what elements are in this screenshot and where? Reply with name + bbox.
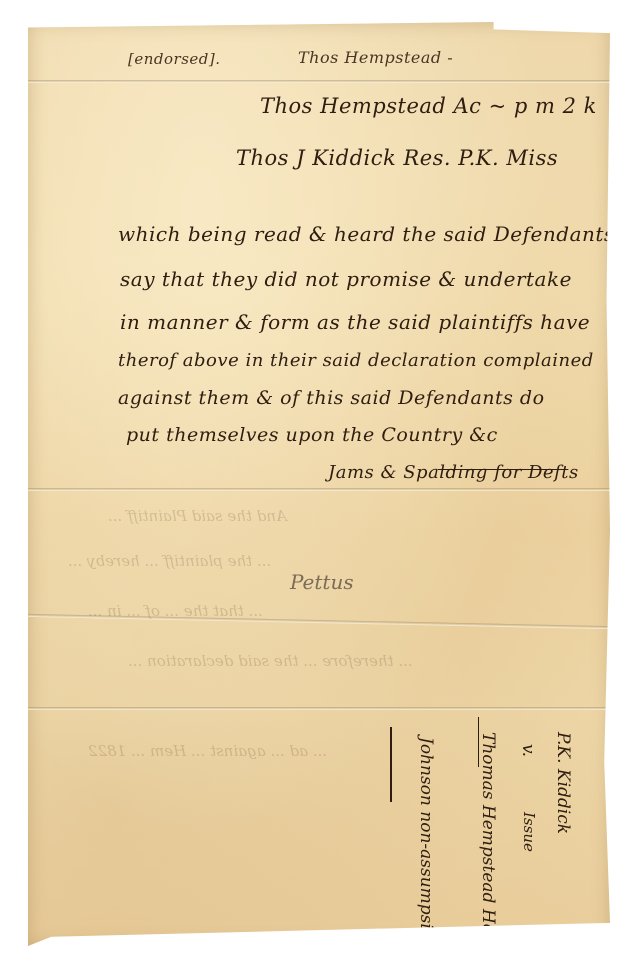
pencil-note: Pettus — [290, 570, 354, 594]
body-line: against them & of this said Defendants d… — [118, 387, 545, 409]
endorsement-rule — [478, 717, 479, 767]
fold-line — [28, 488, 610, 491]
endorsement-plea: Johnson non-assumpsit — [416, 737, 436, 936]
header-case-title: Thos Hempstead - — [298, 48, 453, 67]
endorsement-defendant: Thomas Hempstead Hedley — [478, 732, 498, 969]
endorsement-issue: Issue — [520, 812, 538, 852]
endorsement-rule — [390, 727, 392, 802]
body-line: which being read & heard the said Defend… — [118, 222, 615, 246]
body-line: say that they did not promise & undertak… — [120, 267, 572, 291]
header-case-line: Thos Hempstead Ac ~ p m 2 k — [260, 94, 597, 118]
manuscript-page: And the said Plaintiff ... ... the plain… — [28, 22, 610, 946]
header-party-line: Thos J Kiddick Res. P.K. Miss — [236, 146, 558, 170]
bleedthrough-text: ... therefore ... the said declaration .… — [128, 652, 413, 670]
fold-line — [28, 707, 610, 710]
endorsement-versus: v. — [518, 744, 538, 757]
attorney-signature: Jams & Spalding for Defts — [328, 462, 579, 483]
header-endorsement: [endorsed]. — [128, 50, 221, 68]
bleedthrough-text: ... ad ... against ... Hem ... 1822 — [88, 742, 327, 760]
endorsement-case-name: P.K. Kiddick — [553, 732, 573, 834]
bleedthrough-text: ... the plaintiff ... hereby ... — [68, 552, 271, 570]
body-line: put themselves upon the Country &c — [126, 424, 498, 446]
bleedthrough-text: ... that the ... of ... in ... — [88, 602, 263, 620]
signature-strike — [438, 469, 568, 470]
body-line: in manner & form as the said plaintiffs … — [120, 310, 590, 334]
body-line: therof above in their said declaration c… — [118, 350, 594, 371]
bleedthrough-text: And the said Plaintiff ... — [108, 507, 287, 525]
fold-line — [28, 80, 610, 83]
